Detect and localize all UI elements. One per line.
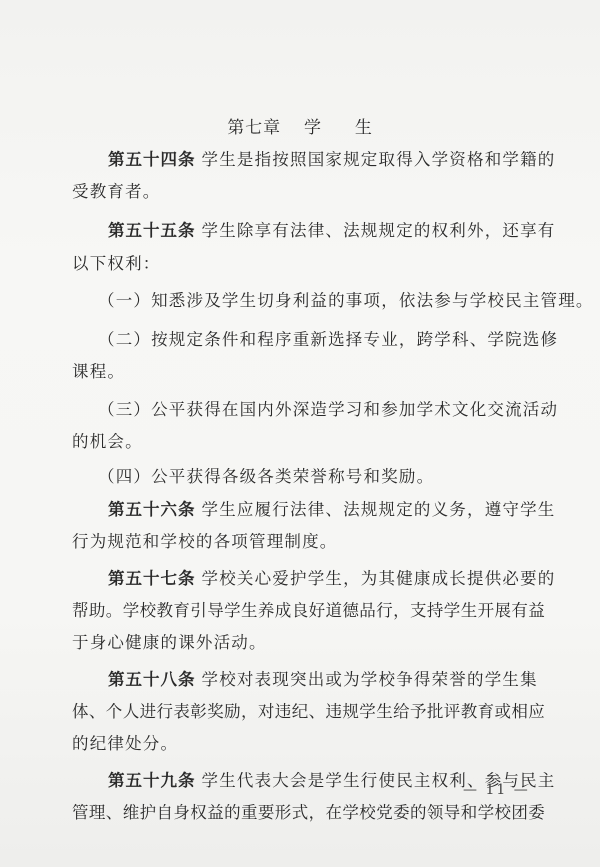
article-54-line-1: 第五十四条学生是指按照国家规定取得入学资格和学籍的 [108, 150, 586, 170]
article-label: 第五十五条 [108, 221, 196, 240]
article-label: 第五十八条 [108, 670, 196, 689]
article-55-item-2-line-2: 课程。 [72, 362, 550, 382]
article-58-line-1: 第五十八条学校对表现突出或为学校争得荣誉的学生集 [108, 670, 586, 690]
article-58-line-3: 的纪律处分。 [72, 734, 550, 754]
article-58-line-2: 体、个人进行表彰奖励，对违纪、违规学生给予批评教育或相应 [72, 702, 550, 722]
article-57-line-1: 第五十七条学校关心爱护学生，为其健康成长提供必要的 [108, 569, 586, 589]
article-55-item-1: （一）知悉涉及学生切身利益的事项，依法参与学校民主管理。 [98, 291, 576, 311]
chapter-name-char-1: 学 [304, 118, 322, 138]
article-56-line-1: 第五十六条学生应履行法律、法规规定的义务，遵守学生 [108, 500, 586, 520]
article-text: 学生是指按照国家规定取得入学资格和学籍的 [202, 150, 556, 169]
article-59-line-2: 管理、维护自身权益的重要形式，在学校党委的领导和学校团委 [72, 803, 550, 823]
article-55-item-4: （四）公平获得各级各类荣誉称号和奖励。 [98, 467, 576, 487]
article-56-line-2: 行为规范和学校的各项管理制度。 [72, 532, 550, 552]
article-54-line-2: 受教育者。 [72, 182, 550, 202]
article-57-line-3: 于身心健康的课外活动。 [72, 633, 550, 653]
article-57-line-2: 帮助。学校教育引导学生养成良好道德品行，支持学生开展有益 [72, 601, 550, 621]
article-text: 学校对表现突出或为学校争得荣誉的学生集 [202, 670, 538, 689]
article-55-line-2: 以下权利： [72, 254, 550, 274]
chapter-number: 第七章 [227, 118, 281, 138]
page-number: — 11 — [463, 782, 530, 798]
article-text: 学生应履行法律、法规规定的义务，遵守学生 [202, 500, 556, 519]
chapter-name-char-2: 生 [355, 118, 373, 138]
article-text: 学生除享有法律、法规规定的权利外，还享有 [202, 221, 556, 240]
article-label: 第五十七条 [108, 569, 196, 588]
article-text: 学校关心爱护学生，为其健康成长提供必要的 [202, 569, 556, 588]
article-label: 第五十九条 [108, 771, 196, 790]
document-page: 第七章 学 生 第五十四条学生是指按照国家规定取得入学资格和学籍的 受教育者。 … [0, 0, 600, 867]
article-55-line-1: 第五十五条学生除享有法律、法规规定的权利外，还享有 [108, 221, 586, 241]
article-label: 第五十六条 [108, 500, 196, 519]
article-55-item-2-line-1: （二）按规定条件和程序重新选择专业，跨学科、学院选修 [98, 330, 576, 350]
article-55-item-3-line-2: 的机会。 [72, 432, 550, 452]
article-label: 第五十四条 [108, 150, 196, 169]
article-55-item-3-line-1: （三）公平获得在国内外深造学习和参加学术文化交流活动 [98, 400, 576, 420]
chapter-title: 第七章 学 生 [0, 113, 600, 138]
